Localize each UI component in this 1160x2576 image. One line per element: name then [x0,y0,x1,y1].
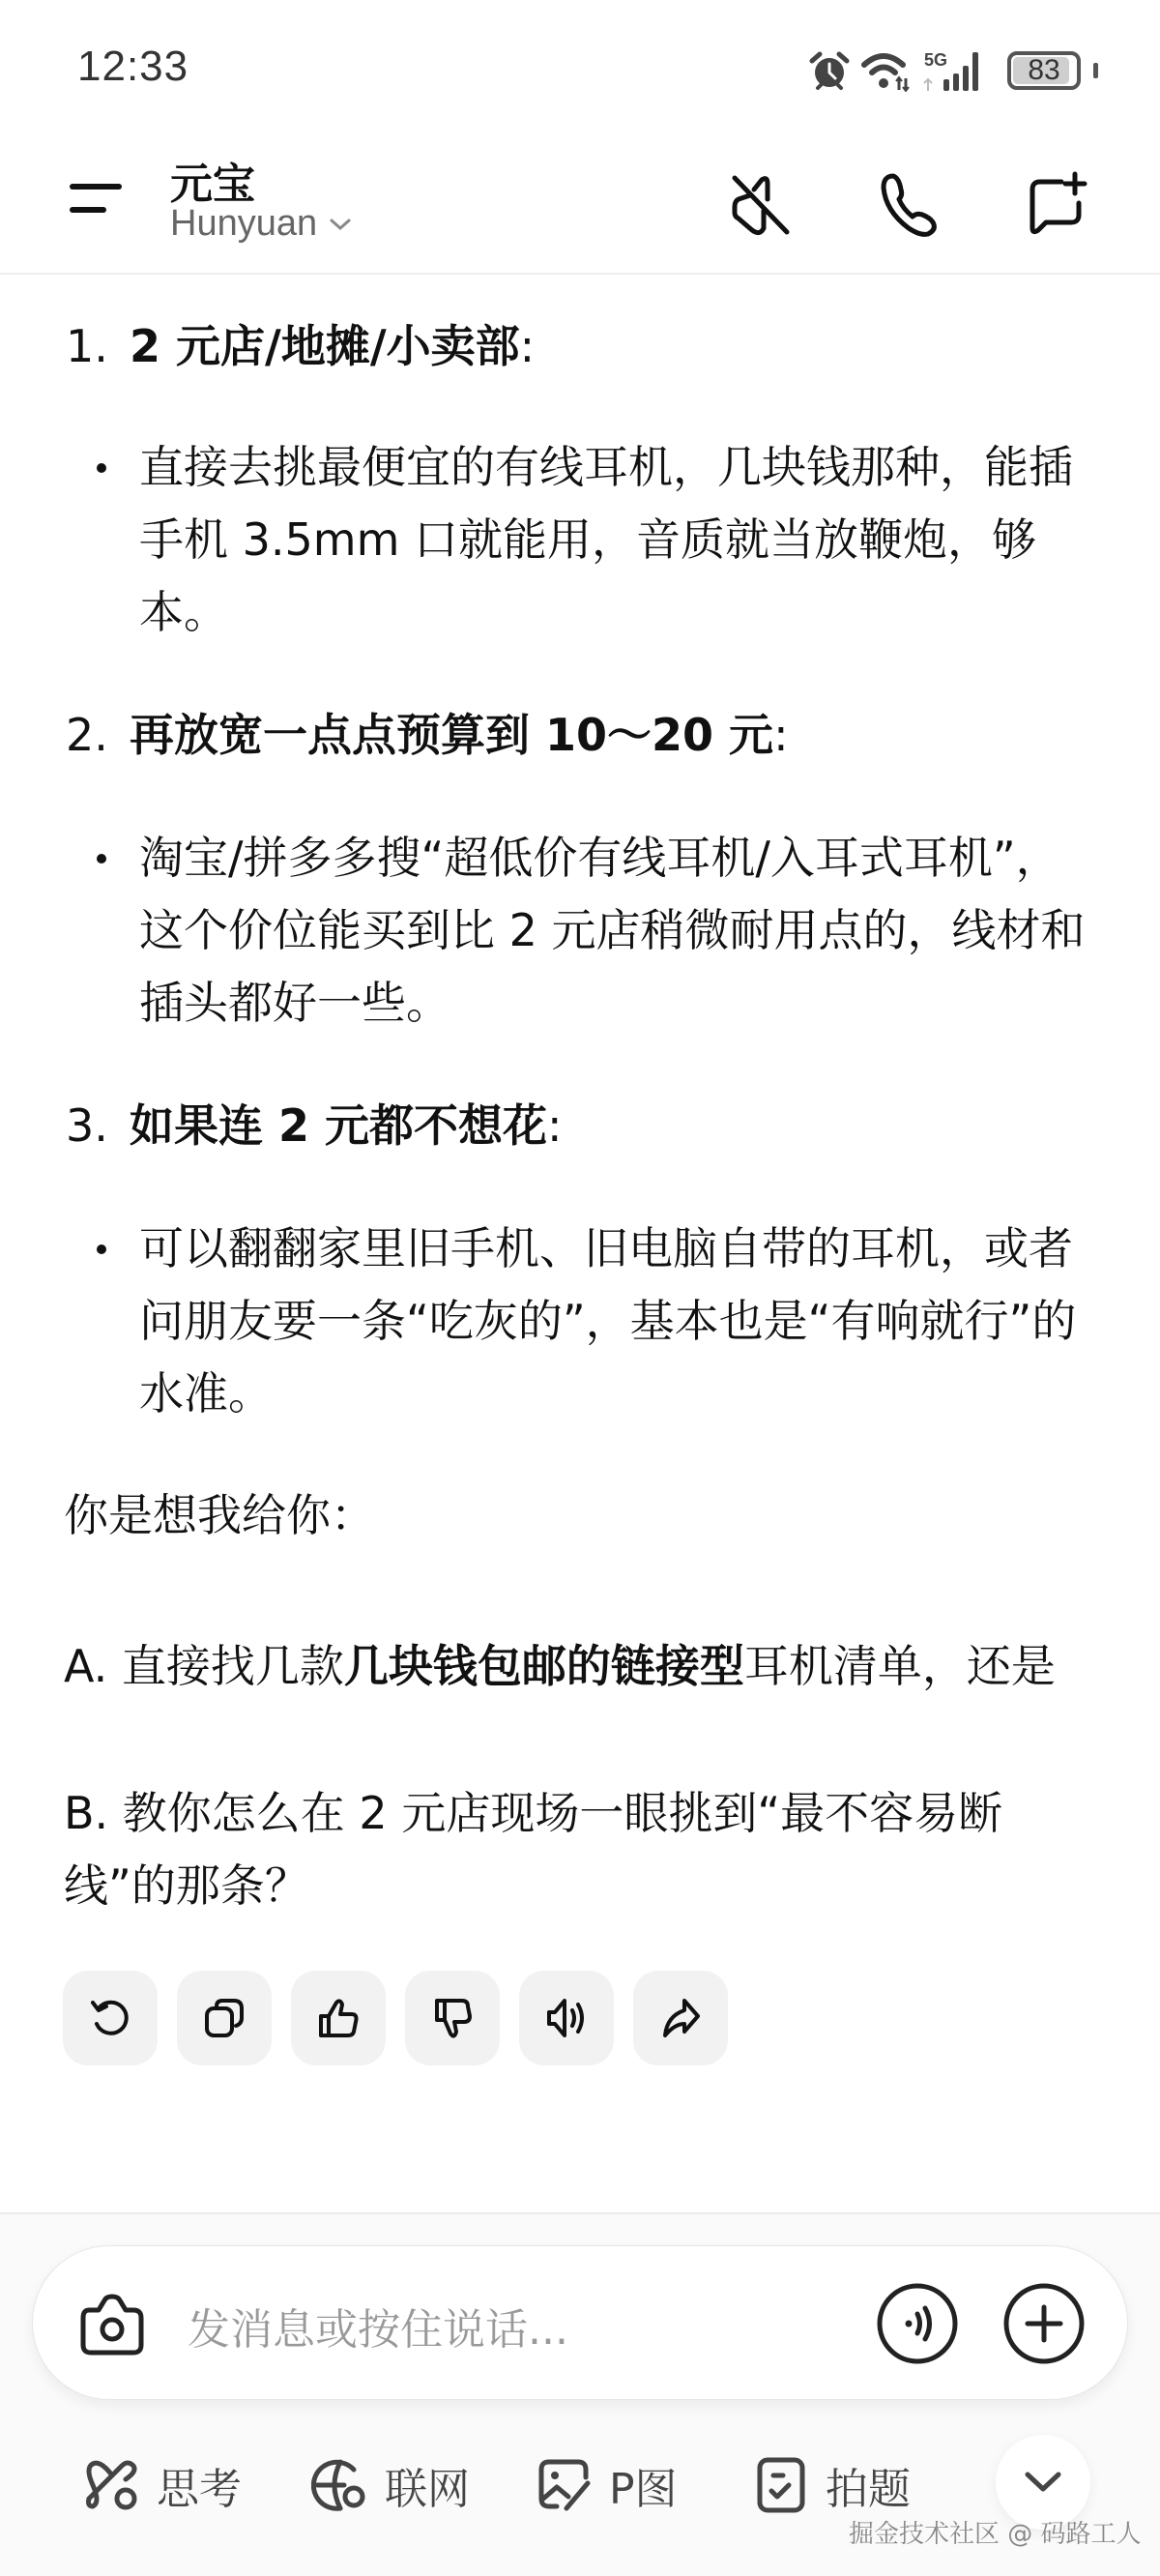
heading-text: 如果连 2 元都不想花 [130,1099,547,1152]
app-title: 元宝 [170,149,255,211]
battery-tip [1093,63,1098,78]
plus-icon [1002,2282,1086,2365]
share-icon [657,1995,704,2041]
bullet-dot [97,463,106,473]
voice-wave-icon [876,2282,959,2365]
alarm-icon [808,49,851,92]
dislike-button[interactable] [405,1971,500,2065]
think-label: 思考 [157,2454,242,2516]
option-b: B. 教你怎么在 2 元店现场一眼挑到“最不容易断线”的那条？ [64,1777,1108,1922]
wifi-icon [860,49,913,92]
list-heading-1: 1.2 元店/地摊/小卖部: [66,317,535,375]
battery-percent: 83 [1028,54,1059,87]
thumbs-down-icon [429,1995,476,2041]
phone-icon [874,170,943,240]
list-heading-2: 2.再放宽一点点预算到 10～20 元: [66,706,789,764]
mute-button[interactable] [719,164,800,246]
message-input[interactable]: 发消息或按住说话... [32,2245,1128,2400]
new-chat-button[interactable] [1017,164,1098,246]
menu-button[interactable] [60,174,130,232]
new-chat-icon [1023,170,1092,240]
status-icons: 5G 83 [808,48,1098,93]
menu-icon [70,184,122,190]
input-placeholder: 发消息或按住说话... [188,2295,568,2356]
model-name: Hunyuan [170,203,317,245]
chevron-down-icon [1024,2470,1062,2495]
heading-text: 再放宽一点点预算到 10～20 元 [130,709,773,761]
photo-question-label: 拍题 [826,2454,911,2516]
message-actions [63,1971,728,2065]
share-button[interactable] [633,1971,728,2065]
option-a-suffix: 耳机清单，还是 [744,1640,1056,1692]
bullet-text: 可以翻翻家里旧手机、旧电脑自带的耳机，或者问朋友要一条“吃灰的”，基本也是“有响… [139,1213,1092,1430]
web-search-label: 联网 [385,2454,470,2516]
voice-button[interactable] [876,2282,959,2365]
status-time: 12:33 [77,43,188,91]
menu-icon-line [70,207,106,213]
list-number: 2. [66,706,130,764]
globe-icon [311,2456,369,2514]
like-button[interactable] [291,1971,386,2065]
copy-button[interactable] [177,1971,272,2065]
question-text: 你是想我给你： [64,1479,1108,1552]
regenerate-button[interactable] [63,1971,158,2065]
status-bar: 12:33 5G 83 [0,0,1160,135]
app-header: 元宝 Hunyuan [0,135,1160,275]
network-type-label: 5G [924,50,947,70]
thumbs-up-icon [315,1995,362,2041]
option-a-prefix: A. 直接找几款 [64,1640,344,1692]
atom-icon [83,2456,141,2514]
list-heading-3: 3.如果连 2 元都不想花: [66,1097,563,1155]
list-bullet-2: 淘宝/拼多多搜“超低价有线耳机/入耳式耳机”，这个价位能买到比 2 元店稍微耐用… [97,822,1092,1039]
mute-speaker-icon [725,170,795,240]
refresh-icon [87,1995,133,2041]
heading-colon: : [773,709,789,761]
composer-area: 发消息或按住说话... 思考 [0,2212,1160,2576]
battery-icon: 83 [1007,51,1081,90]
bullet-dot [97,854,106,864]
image-edit-label: P图 [609,2454,678,2516]
camera-button[interactable] [73,2285,151,2362]
image-edit-icon [536,2456,594,2514]
heading-colon: : [520,320,536,372]
option-a: A. 直接找几款几块钱包邮的链接型耳机清单，还是 [64,1630,1108,1703]
call-button[interactable] [868,164,949,246]
speaker-icon [543,1995,590,2041]
bullet-text: 直接去挑最便宜的有线耳机，几块钱那种，能插手机 3.5mm 口就能用，音质就当放… [139,431,1092,649]
cellular-signal-icon: 5G [922,48,990,93]
bullet-dot [97,1244,106,1254]
camera-icon [75,2287,149,2360]
think-button[interactable]: 思考 [83,2456,242,2514]
list-bullet-1: 直接去挑最便宜的有线耳机，几块钱那种，能插手机 3.5mm 口就能用，音质就当放… [97,431,1092,649]
read-aloud-button[interactable] [519,1971,614,2065]
web-search-button[interactable]: 联网 [311,2456,470,2514]
checkbox-doc-icon [752,2456,810,2514]
chevron-down-icon [329,217,352,232]
heading-colon: : [547,1099,563,1152]
list-number: 1. [66,317,130,375]
watermark: 掘金技术社区 @ 码路工人 [849,2514,1142,2550]
bullet-text: 淘宝/拼多多搜“超低价有线耳机/入耳式耳机”，这个价位能买到比 2 元店稍微耐用… [139,822,1092,1039]
model-selector[interactable]: Hunyuan [170,203,352,245]
heading-text: 2 元店/地摊/小卖部 [130,320,520,372]
feature-toolbar: 思考 联网 P图 拍题 [0,2446,1160,2524]
list-bullet-3: 可以翻翻家里旧手机、旧电脑自带的耳机，或者问朋友要一条“吃灰的”，基本也是“有响… [97,1213,1092,1430]
image-edit-button[interactable]: P图 [536,2456,678,2514]
photo-question-button[interactable]: 拍题 [752,2456,911,2514]
copy-icon [201,1995,247,2041]
add-attachment-button[interactable] [1002,2282,1086,2365]
option-a-bold: 几块钱包邮的链接型 [344,1640,744,1692]
list-number: 3. [66,1097,130,1155]
